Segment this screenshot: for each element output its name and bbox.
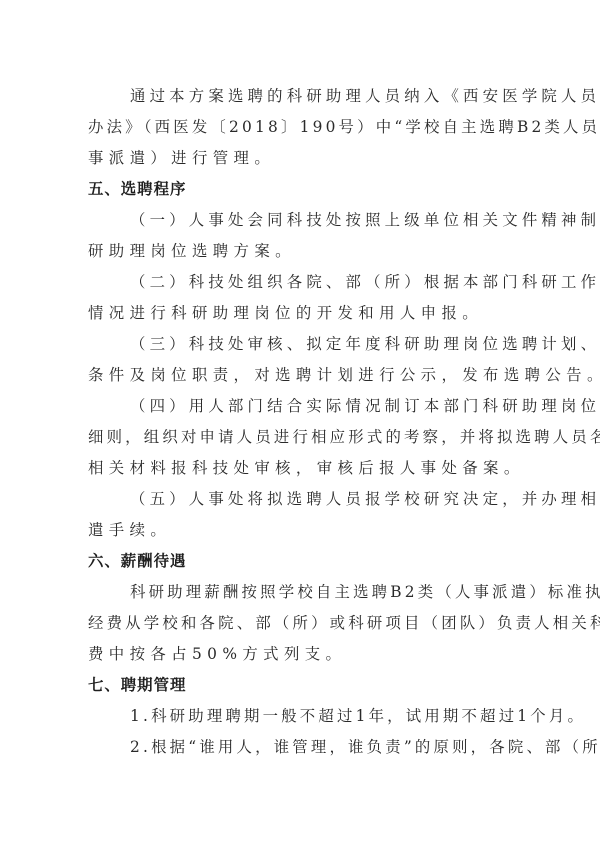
text-line: 办法》（西医发〔2018〕190号）中“学校自主选聘B2类人员”（人 xyxy=(88,112,512,143)
section-compensation: 六、薪酬待遇 科研助理薪酬按照学校自主选聘B2类（人事派遣）标准执行， 经费从学… xyxy=(88,546,512,670)
section-heading: 五、选聘程序 xyxy=(88,174,512,205)
text-line: 相关材料报科技处审核，审核后报人事处备案。 xyxy=(88,453,512,484)
text-line: 费中按各占50%方式列支。 xyxy=(88,639,512,670)
section-heading: 七、聘期管理 xyxy=(88,670,512,701)
section-selection-procedure: 五、选聘程序 （一）人事处会同科技处按照上级单位相关文件精神制订我校科 研助理岗… xyxy=(88,174,512,546)
procedure-item-1: （一）人事处会同科技处按照上级单位相关文件精神制订我校科 研助理岗位选聘方案。 xyxy=(88,205,512,267)
text-line: 细则，组织对申请人员进行相应形式的考察，并将拟选聘人员名单及 xyxy=(88,422,512,453)
list-item: 2.根据“谁用人，谁管理，谁负责”的原则，各院、部（所）或 xyxy=(88,732,512,763)
intro-paragraph: 通过本方案选聘的科研助理人员纳入《西安医学院人员分类管理 办法》（西医发〔201… xyxy=(88,81,512,174)
text-line: （二）科技处组织各院、部（所）根据本部门科研工作具体开展 xyxy=(88,267,512,298)
procedure-item-2: （二）科技处组织各院、部（所）根据本部门科研工作具体开展 情况进行科研助理岗位的… xyxy=(88,267,512,329)
text-line: （四）用人部门结合实际情况制订本部门科研助理岗位选聘实施 xyxy=(88,391,512,422)
document-page: 通过本方案选聘的科研助理人员纳入《西安医学院人员分类管理 办法》（西医发〔201… xyxy=(88,81,512,763)
text-line: 遣手续。 xyxy=(88,515,512,546)
text-line: 情况进行科研助理岗位的开发和用人申报。 xyxy=(88,298,512,329)
section-heading: 六、薪酬待遇 xyxy=(88,546,512,577)
text-line: 通过本方案选聘的科研助理人员纳入《西安医学院人员分类管理 xyxy=(88,81,512,112)
text-line: （五）人事处将拟选聘人员报学校研究决定，并办理相关人事派 xyxy=(88,484,512,515)
list-item: 1.科研助理聘期一般不超过1年，试用期不超过1个月。 xyxy=(88,701,512,732)
text-line: 研助理岗位选聘方案。 xyxy=(88,236,512,267)
text-line: 事派遣）进行管理。 xyxy=(88,143,512,174)
text-line: （三）科技处审核、拟定年度科研助理岗位选聘计划、具体选聘 xyxy=(88,329,512,360)
text-line: 经费从学校和各院、部（所）或科研项目（团队）负责人相关科研经 xyxy=(88,608,512,639)
procedure-item-3: （三）科技处审核、拟定年度科研助理岗位选聘计划、具体选聘 条件及岗位职责，对选聘… xyxy=(88,329,512,391)
text-line: 科研助理薪酬按照学校自主选聘B2类（人事派遣）标准执行， xyxy=(88,577,512,608)
text-line: （一）人事处会同科技处按照上级单位相关文件精神制订我校科 xyxy=(88,205,512,236)
procedure-item-5: （五）人事处将拟选聘人员报学校研究决定，并办理相关人事派 遣手续。 xyxy=(88,484,512,546)
text-line: 条件及岗位职责，对选聘计划进行公示，发布选聘公告。 xyxy=(88,360,512,391)
section-term-management: 七、聘期管理 1.科研助理聘期一般不超过1年，试用期不超过1个月。 2.根据“谁… xyxy=(88,670,512,763)
procedure-item-4: （四）用人部门结合实际情况制订本部门科研助理岗位选聘实施 细则，组织对申请人员进… xyxy=(88,391,512,484)
